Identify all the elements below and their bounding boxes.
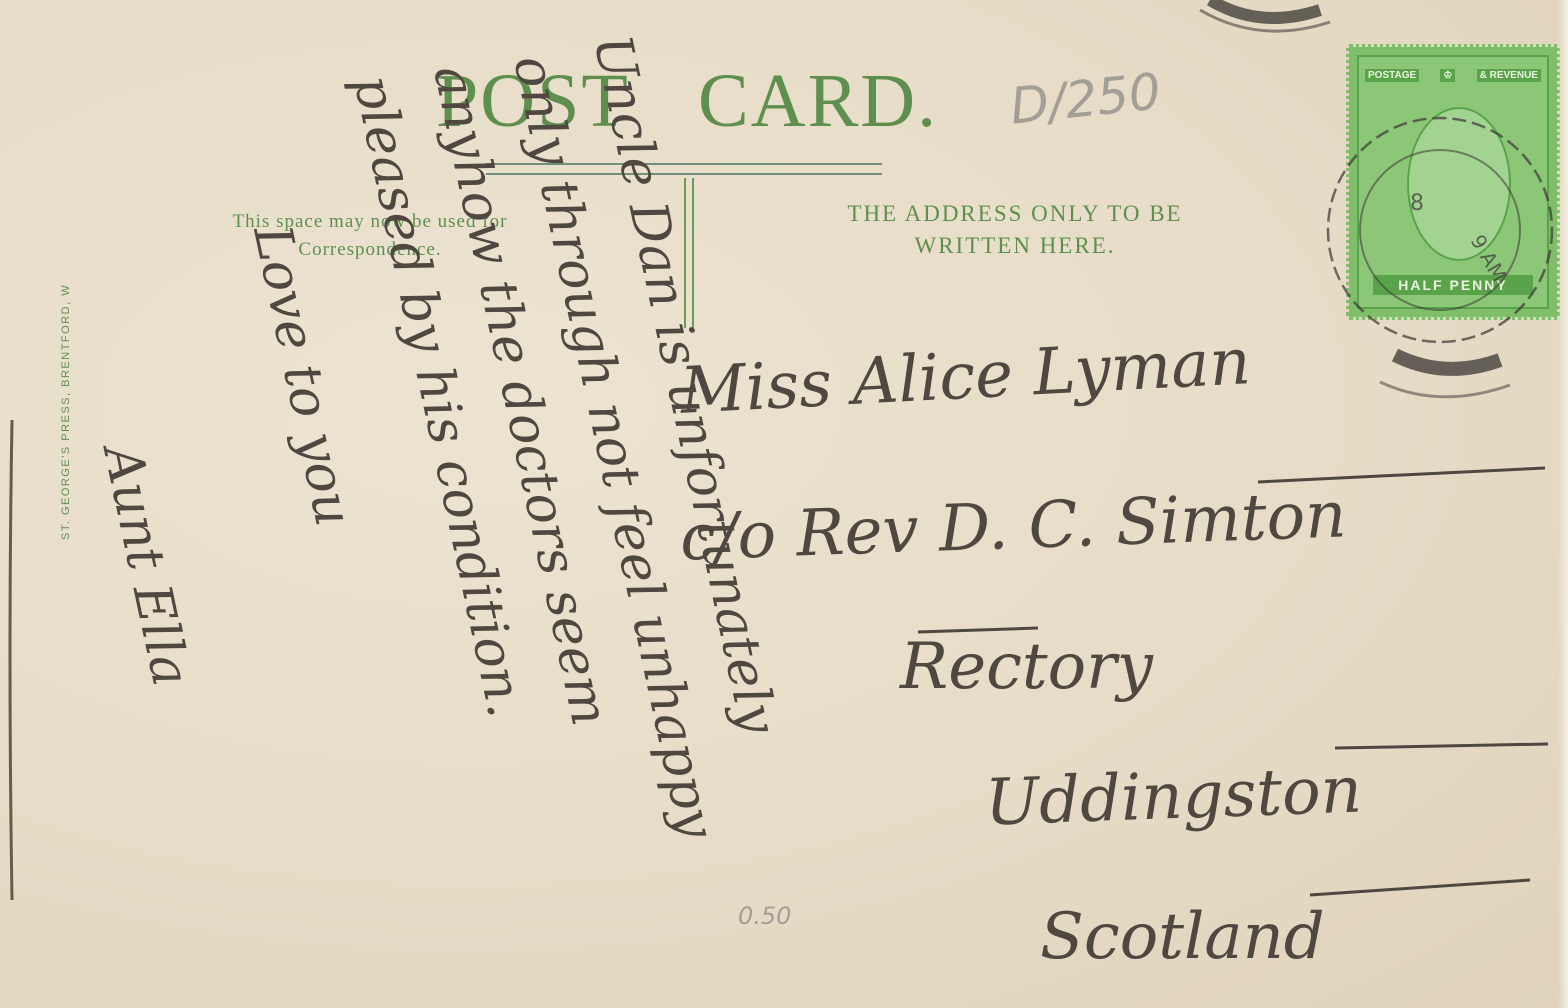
- address-line-rectory: Rectory: [900, 630, 1153, 704]
- printer-imprint: ST. GEORGE'S PRESS, BRENTFORD, W: [60, 284, 72, 540]
- address-line-recipient: Miss Alice Lyman: [678, 325, 1252, 429]
- address-line-town: Uddingston: [984, 753, 1363, 840]
- address-line-care-of: c/o Rev D. C. Simton: [679, 478, 1348, 575]
- king-portrait-icon: [1407, 107, 1511, 261]
- stamp-postage-label: POSTAGE: [1365, 69, 1419, 82]
- stamp-revenue-label: & REVENUE: [1477, 69, 1541, 82]
- stamp-header: POSTAGE ♔ & REVENUE: [1365, 69, 1541, 82]
- address-line-country: Scotland: [1040, 900, 1325, 974]
- message-line-5: Love to you: [241, 220, 363, 531]
- stamp-frame: POSTAGE ♔ & REVENUE HALF PENNY: [1357, 55, 1549, 309]
- pencil-price-note: 0.50: [738, 902, 791, 930]
- message-signature: Aunt Ella: [91, 440, 200, 691]
- address-notice-line-1: THE ADDRESS ONLY TO BE: [760, 198, 1270, 230]
- postcard-title-card: CARD.: [698, 58, 938, 145]
- crown-icon: ♔: [1440, 69, 1455, 82]
- address-notice: THE ADDRESS ONLY TO BE WRITTEN HERE.: [760, 198, 1270, 262]
- address-notice-line-2: WRITTEN HERE.: [760, 230, 1270, 262]
- pencil-reference-note: D/250: [1007, 62, 1163, 135]
- halfpenny-stamp: POSTAGE ♔ & REVENUE HALF PENNY: [1346, 44, 1560, 320]
- postcard-back: POST CARD. This space may now be used fo…: [0, 0, 1568, 1008]
- stamp-value: HALF PENNY: [1373, 275, 1533, 295]
